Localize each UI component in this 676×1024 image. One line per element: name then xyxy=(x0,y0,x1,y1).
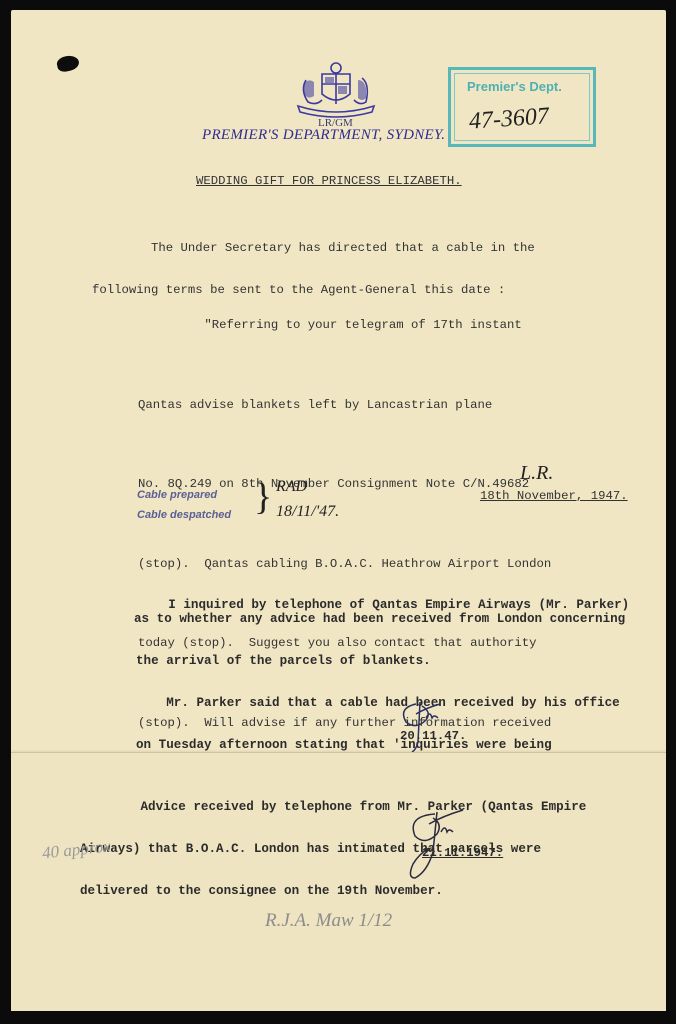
cable-line: Qantas advise blankets left by Lancastri… xyxy=(138,392,551,419)
note2-date: 21.11.1947. xyxy=(422,846,503,860)
pencil-note-bottom: R.J.A. Maw 1/12 xyxy=(265,910,392,932)
note-line: Mr. Parker said that a cable had been re… xyxy=(136,696,625,710)
note1-date: 20.11.47. xyxy=(400,729,466,743)
coat-of-arms-icon xyxy=(292,60,380,118)
cable-line: "Referring to your telegram of 17th inst… xyxy=(138,312,551,339)
note-line: on Tuesday afternoon stating that 'inqui… xyxy=(136,738,625,752)
cable-date-handwritten: 18/11/'47. xyxy=(276,503,339,521)
intro-line: The Under Secretary has directed that a … xyxy=(92,241,535,255)
initials-signature: L.R. xyxy=(520,462,553,485)
document-title: WEDDING GIFT FOR PRINCESS ELIZABETH. xyxy=(196,174,462,188)
signature-mark xyxy=(396,696,456,754)
stamp-label: Premier's Dept. xyxy=(467,79,562,94)
signature-mark xyxy=(405,808,471,880)
note-line: the arrival of the parcels of blankets. xyxy=(136,654,625,668)
stamp-number: 47-3607 xyxy=(468,103,550,136)
cable-initials: RAD xyxy=(276,478,307,496)
note-line: Advice received by telephone from Mr. Pa… xyxy=(80,800,586,814)
document-date: 18th November, 1947. xyxy=(480,489,628,503)
brace: } xyxy=(254,478,272,516)
department-heading: PREMIER'S DEPARTMENT, SYDNEY. xyxy=(202,127,445,144)
registry-stamp: Premier's Dept. 47-3607 xyxy=(448,67,596,147)
note-line: delivered to the consignee on the 19th N… xyxy=(80,884,586,898)
note-line: as to whether any advice had been receiv… xyxy=(134,612,625,626)
note-line: Airways) that B.O.A.C. London has intima… xyxy=(80,842,586,856)
cable-prepared-label: Cable prepared xyxy=(137,489,217,501)
advice-note: Advice received by telephone from Mr. Pa… xyxy=(80,772,586,912)
cable-despatched-label: Cable despatched xyxy=(137,509,231,521)
